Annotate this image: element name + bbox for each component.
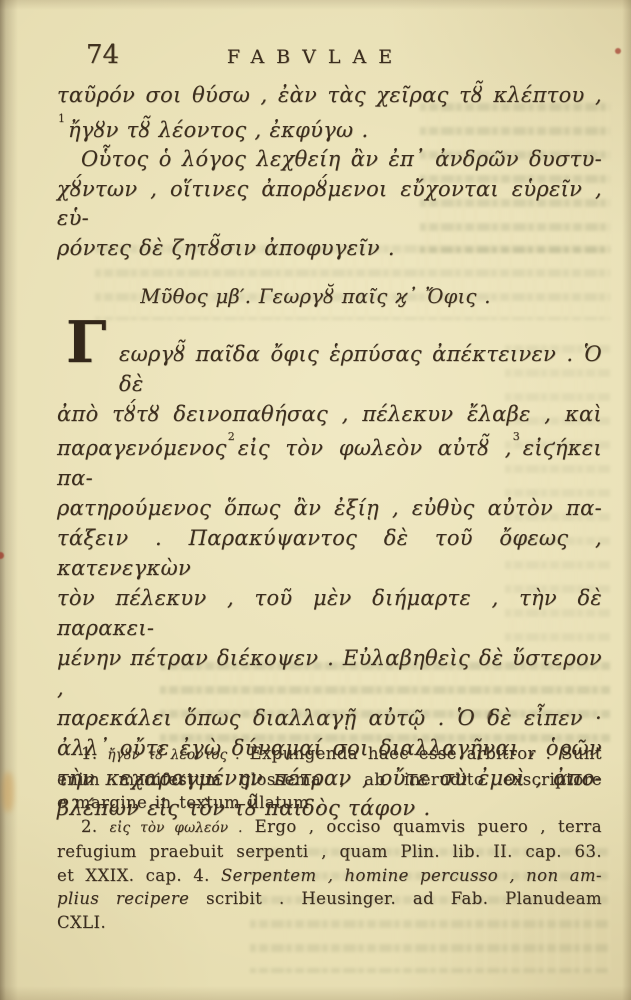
greek-line: τάξειν . Παρακύψαντος δὲ τοῦ ὄφεως , κατ… bbox=[57, 523, 602, 583]
greek-line: ἀπὸ τȣ́τȣ δεινοπαθήσας , πέλεκυν ἔλαβε ,… bbox=[57, 399, 602, 429]
greek-text: ταῦρόν σοι θύσω , ἐὰν τὰς χεῖρας τȣ̃ κλέ… bbox=[57, 83, 602, 107]
footnote-lemma: ἤγȣν τȣ̃ λέοντος . bbox=[107, 747, 239, 763]
book-page-scan: { "theme": { "paper_color": "#e7deb2", "… bbox=[0, 0, 631, 1000]
greek-line: 1ἤγȣν τȣ̃ λέοντος , ἐκφύγω . bbox=[57, 111, 602, 146]
footnote-text-italic: Serpentem , homine percusso , non am- bbox=[221, 866, 602, 885]
greek-line: εωργȣ̃ παῖδα ὄφις ἑρπύσας ἀπέκτεινεν . Ὁ… bbox=[119, 339, 602, 399]
footnote-lemma: εἰς τὸν φωλεόν . bbox=[110, 820, 243, 836]
greek-text: τάξειν . Παρακύψαντος δὲ τοῦ ὄφεως , κατ… bbox=[57, 526, 602, 580]
footnote-line: et XXIX. cap. 4. Serpentem , homine perc… bbox=[57, 864, 602, 888]
greek-line: παρεκάλει ὅπως διαλλαγῇ αὐτῷ . Ὁ δὲ εἶπε… bbox=[57, 703, 602, 733]
footnote-ref-2: 2 bbox=[228, 430, 235, 443]
footnote-number: 1. bbox=[81, 744, 98, 763]
greek-text: εωργȣ̃ παῖδα ὄφις ἑρπύσας ἀπέκτεινεν . Ὁ… bbox=[119, 342, 602, 396]
footnote-line: plius recipere scribit . Heusinger. ad F… bbox=[57, 887, 602, 911]
paper-stain bbox=[2, 772, 14, 812]
footnote-ref-3: 3 bbox=[513, 430, 520, 443]
greek-line: ταῦρόν σοι θύσω , ἐὰν τὰς χεῖρας τȣ̃ κλέ… bbox=[57, 81, 602, 111]
footnote-line: CXLI. bbox=[57, 911, 602, 935]
footnote-line: refugium praebuit serpenti , quam Plin. … bbox=[57, 840, 602, 864]
greek-line: Οὗτος ὁ λόγος λεχθείη ἂν ἐπ᾽ ἀνδρῶν δυστ… bbox=[57, 145, 602, 175]
intro-paragraph: ταῦρόν σοι θύσω , ἐὰν τὰς χεῖρας τȣ̃ κλέ… bbox=[57, 81, 602, 263]
ink-speck-red bbox=[0, 552, 4, 559]
greek-text: μένην πέτραν διέκοψεν . Εὐλαβηθεὶς δὲ ὕσ… bbox=[57, 646, 602, 700]
footnote-text: refugium praebuit serpenti , quam Plin. … bbox=[57, 842, 602, 861]
footnote-text: e margine in textum illatum . bbox=[57, 793, 323, 812]
greek-line: χȣ́ντων , οἵτινες ἀπορȣ́μενοι εὔχονται ε… bbox=[57, 175, 602, 234]
greek-text: ἀπὸ τȣ́τȣ δεινοπαθήσας , πέλεκυν ἔλαβε ,… bbox=[57, 402, 602, 426]
footnote-line: 2. εἰς τὸν φωλεόν . Ergo , occiso quamvi… bbox=[57, 815, 602, 841]
footnote-text-italic: plius recipere bbox=[57, 889, 189, 908]
footnote-2: 2. εἰς τὸν φωλεόν . Ergo , occiso quamvi… bbox=[57, 815, 602, 935]
footnote-text: Ergo , occiso quamvis puero , terra bbox=[255, 817, 602, 836]
footnote-text: enim manifestum glossema , ab inerudito … bbox=[57, 770, 602, 789]
greek-text: χȣ́ντων , οἵτινες ἀπορȣ́μενοι εὔχονται ε… bbox=[57, 177, 602, 231]
greek-text: ἤγȣν τȣ̃ λέοντος , ἐκφύγω . bbox=[68, 118, 368, 142]
footnote-text: CXLI. bbox=[57, 913, 106, 932]
greek-line: τὸν πέλεκυν , τοῦ μὲν διήμαρτε , τὴν δὲ … bbox=[57, 583, 602, 643]
greek-text: παραγενόμενος bbox=[57, 436, 227, 460]
greek-line: μένην πέτραν διέκοψεν . Εὐλαβηθεὶς δὲ ὕσ… bbox=[57, 643, 602, 703]
greek-text: παρεκάλει ὅπως διαλλαγῇ αὐτῷ . Ὁ δὲ εἶπε… bbox=[57, 706, 602, 730]
greek-line: ρατηρούμενος ὅπως ἂν ἐξίῃ , εὐθὺς αὐτὸν … bbox=[57, 493, 602, 523]
running-title: FABVLAE bbox=[0, 46, 631, 68]
footnote-line: enim manifestum glossema , ab inerudito … bbox=[57, 768, 602, 792]
greek-text: Οὗτος ὁ λόγος λεχθείη ἂν ἐπ᾽ ἀνδρῶν δυστ… bbox=[81, 147, 602, 171]
footnote-text: et XXIX. cap. 4. bbox=[57, 866, 210, 885]
greek-text: ρόντες δὲ ζητȣ̃σιν ἀποφυγεῖν . bbox=[57, 236, 395, 260]
footnote-line: 1. ἤγȣν τȣ̃ λέοντος . Expungenda haec es… bbox=[57, 742, 602, 768]
greek-text: ρατηρούμενος ὅπως ἂν ἐξίῃ , εὐθὺς αὐτὸν … bbox=[57, 496, 602, 520]
footnote-number: 2. bbox=[81, 817, 98, 836]
footnote-ref-1: 1 bbox=[58, 112, 65, 125]
greek-line: παραγενόμενος2εἰς τὸν φωλεὸν αὐτȣ̃ ,3εἰϛ… bbox=[57, 429, 602, 493]
footnote-text: Expungenda haec esse arbitror . Sunt bbox=[250, 744, 602, 763]
footnotes-block: 1. ἤγȣν τȣ̃ λέοντος . Expungenda haec es… bbox=[57, 742, 602, 934]
footnote-line: e margine in textum illatum . bbox=[57, 791, 602, 815]
fable-heading: Μῦθος μβ′. Γεωργȣ̆ παῖς ϗ᾽ Ὄφις . bbox=[0, 285, 631, 308]
greek-text: εἰς τὸν φωλεὸν αὐτȣ̃ , bbox=[238, 436, 512, 460]
greek-text: τὸν πέλεκυν , τοῦ μὲν διήμαρτε , τὴν δὲ … bbox=[57, 586, 602, 640]
footnote-1: 1. ἤγȣν τȣ̃ λέοντος . Expungenda haec es… bbox=[57, 742, 602, 815]
greek-line: ρόντες δὲ ζητȣ̃σιν ἀποφυγεῖν . bbox=[57, 234, 602, 264]
footnote-text: scribit . Heusinger. ad Fab. Planudeam bbox=[206, 889, 602, 908]
